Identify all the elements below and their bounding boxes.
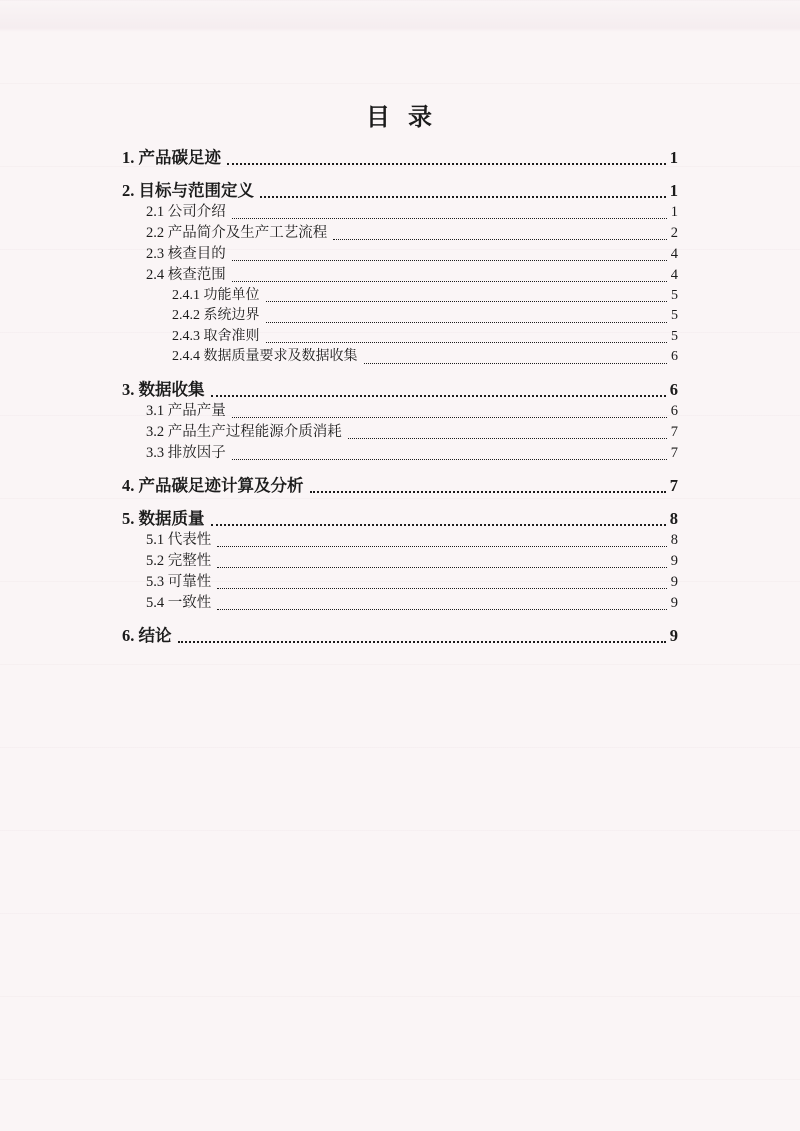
toc-entry-page: 8: [670, 508, 678, 530]
toc-entry: 2.4.4 数据质量要求及数据收集 6: [122, 347, 678, 368]
dot-leader: [266, 342, 668, 343]
toc-entry-label: 5.4 一致性: [146, 593, 211, 614]
toc-entry: 1. 产品碳足迹 1: [122, 147, 678, 169]
toc-entry: 3.3 排放因子 7: [122, 443, 678, 464]
dot-leader: [232, 417, 667, 418]
toc-entry-label: 2.4.4 数据质量要求及数据收集: [172, 347, 358, 368]
toc-entry: 3.1 产品产量 6: [122, 401, 678, 422]
toc-entry-label: 5.3 可靠性: [146, 572, 211, 593]
dot-leader: [178, 641, 666, 643]
toc-entry: 2.4.1 功能单位 5: [122, 286, 678, 307]
toc-entry-page: 9: [671, 593, 678, 614]
toc-entry: 3.2 产品生产过程能源介质消耗 7: [122, 422, 678, 443]
toc-entry-page: 9: [670, 625, 678, 647]
toc-entry-page: 1: [670, 180, 678, 202]
dot-leader: [232, 459, 667, 460]
toc-entry-page: 1: [671, 202, 678, 223]
toc-entry-label: 3.1 产品产量: [146, 401, 226, 422]
toc-entry: 5.2 完整性 9: [122, 551, 678, 572]
toc-entry-label: 4. 产品碳足迹计算及分析: [122, 475, 304, 497]
toc-entry-page: 6: [670, 379, 678, 401]
toc-entry: 2.1 公司介绍 1: [122, 202, 678, 223]
table-of-contents: 1. 产品碳足迹 1 2. 目标与范围定义 1 2.1 公司介绍 1 2.2 产…: [122, 147, 678, 647]
toc-entry: 2.4 核查范围 4: [122, 265, 678, 286]
toc-entry-label: 1. 产品碳足迹: [122, 147, 221, 169]
toc-entry: 5.4 一致性 9: [122, 593, 678, 614]
toc-entry-label: 5. 数据质量: [122, 508, 205, 530]
toc-entry-label: 2. 目标与范围定义: [122, 180, 254, 202]
toc-entry-label: 2.4.1 功能单位: [172, 286, 260, 307]
toc-entry-page: 6: [671, 401, 678, 422]
dot-leader: [364, 363, 668, 364]
toc-entry-label: 5.1 代表性: [146, 530, 211, 551]
toc-entry-label: 3.3 排放因子: [146, 443, 226, 464]
toc-entry: 6. 结论 9: [122, 625, 678, 647]
toc-entry-page: 5: [671, 306, 678, 327]
page-title: 目 录: [122, 104, 678, 133]
toc-entry-label: 2.4.3 取舍准则: [172, 327, 260, 348]
toc-entry-page: 2: [671, 223, 678, 244]
dot-leader: [348, 438, 667, 439]
toc-entry-label: 5.2 完整性: [146, 551, 211, 572]
dot-leader: [211, 524, 666, 526]
toc-entry: 5.3 可靠性 9: [122, 572, 678, 593]
toc-entry-label: 2.4 核查范围: [146, 265, 226, 286]
toc-entry: 2.2 产品简介及生产工艺流程 2: [122, 223, 678, 244]
dot-leader: [260, 196, 666, 198]
dot-leader: [232, 218, 667, 219]
toc-entry: 4. 产品碳足迹计算及分析 7: [122, 475, 678, 497]
dot-leader: [266, 322, 668, 323]
toc-entry-page: 6: [671, 347, 678, 368]
dot-leader: [217, 567, 667, 568]
toc-entry-page: 7: [671, 443, 678, 464]
toc-entry-page: 8: [671, 530, 678, 551]
dot-leader: [232, 281, 667, 282]
dot-leader: [217, 546, 667, 547]
dot-leader: [266, 301, 668, 302]
toc-entry-page: 4: [671, 265, 678, 286]
toc-entry-page: 1: [670, 147, 678, 169]
dot-leader: [333, 239, 667, 240]
toc-entry-label: 3. 数据收集: [122, 379, 205, 401]
document-page: 目 录 1. 产品碳足迹 1 2. 目标与范围定义 1 2.1 公司介绍 1 2…: [0, 0, 800, 1131]
toc-entry: 5.1 代表性 8: [122, 530, 678, 551]
toc-entry: 2.3 核查目的 4: [122, 244, 678, 265]
toc-entry-page: 5: [671, 286, 678, 307]
toc-entry-label: 2.1 公司介绍: [146, 202, 226, 223]
toc-entry: 3. 数据收集 6: [122, 379, 678, 401]
toc-entry-page: 7: [670, 475, 678, 497]
toc-entry-page: 5: [671, 327, 678, 348]
toc-entry-label: 2.2 产品简介及生产工艺流程: [146, 223, 327, 244]
dot-leader: [217, 609, 667, 610]
toc-entry-label: 2.4.2 系统边界: [172, 306, 260, 327]
toc-entry-label: 3.2 产品生产过程能源介质消耗: [146, 422, 342, 443]
toc-entry-page: 9: [671, 572, 678, 593]
toc-entry: 2.4.3 取舍准则 5: [122, 327, 678, 348]
toc-entry: 5. 数据质量 8: [122, 508, 678, 530]
toc-entry-label: 6. 结论: [122, 625, 172, 647]
toc-entry-page: 7: [671, 422, 678, 443]
toc-entry-page: 9: [671, 551, 678, 572]
toc-entry: 2.4.2 系统边界 5: [122, 306, 678, 327]
toc-entry-page: 4: [671, 244, 678, 265]
toc-entry: 2. 目标与范围定义 1: [122, 180, 678, 202]
dot-leader: [310, 491, 666, 493]
dot-leader: [232, 260, 667, 261]
dot-leader: [227, 163, 666, 165]
dot-leader: [217, 588, 667, 589]
dot-leader: [211, 395, 666, 397]
toc-entry-label: 2.3 核查目的: [146, 244, 226, 265]
